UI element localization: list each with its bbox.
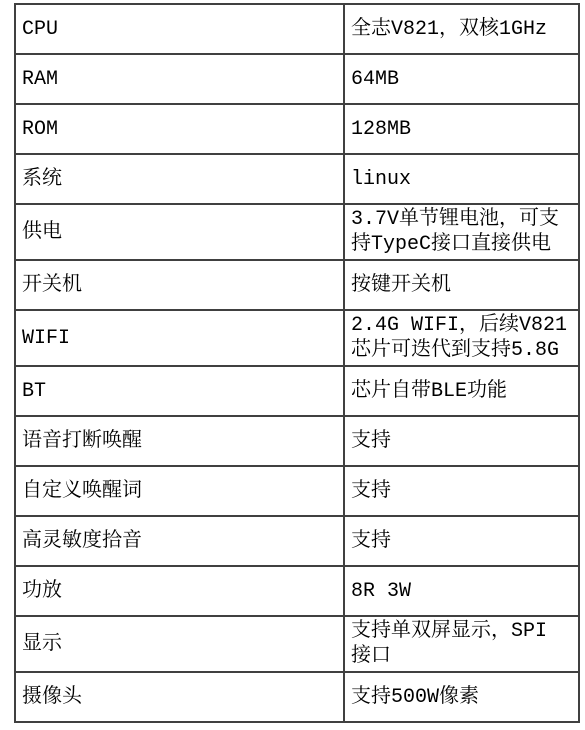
spec-label: 开关机 (15, 260, 344, 310)
spec-label: BT (15, 366, 344, 416)
spec-label: CPU (15, 4, 344, 54)
spec-value: 支持单双屏显示，SPI 接口 (344, 616, 579, 672)
spec-label: 自定义唤醒词 (15, 466, 344, 516)
table-row: 系统linux (15, 154, 579, 204)
spec-value: 8R 3W (344, 566, 579, 616)
spec-table-body: CPU全志V821，双核1GHzRAM64MBROM128MB系统linux供电… (15, 4, 579, 722)
spec-label: 显示 (15, 616, 344, 672)
table-row: 高灵敏度拾音支持 (15, 516, 579, 566)
spec-value: 支持 (344, 516, 579, 566)
spec-value: linux (344, 154, 579, 204)
spec-value: 芯片自带BLE功能 (344, 366, 579, 416)
table-row: 自定义唤醒词支持 (15, 466, 579, 516)
spec-value: 支持500W像素 (344, 672, 579, 722)
table-row: 供电3.7V单节锂电池，可支 持TypeC接口直接供电 (15, 204, 579, 260)
table-row: CPU全志V821，双核1GHz (15, 4, 579, 54)
spec-value: 128MB (344, 104, 579, 154)
table-row: WIFI2.4G WIFI，后续V821 芯片可迭代到支持5.8G (15, 310, 579, 366)
table-row: 语音打断唤醒支持 (15, 416, 579, 466)
table-row: BT芯片自带BLE功能 (15, 366, 579, 416)
spec-value: 支持 (344, 416, 579, 466)
spec-table: CPU全志V821，双核1GHzRAM64MBROM128MB系统linux供电… (14, 3, 580, 723)
spec-value: 3.7V单节锂电池，可支 持TypeC接口直接供电 (344, 204, 579, 260)
table-row: 摄像头支持500W像素 (15, 672, 579, 722)
spec-label: 系统 (15, 154, 344, 204)
table-row: ROM128MB (15, 104, 579, 154)
spec-label: 功放 (15, 566, 344, 616)
spec-label: 高灵敏度拾音 (15, 516, 344, 566)
document-page: CPU全志V821，双核1GHzRAM64MBROM128MB系统linux供电… (0, 0, 585, 730)
spec-value: 64MB (344, 54, 579, 104)
spec-label: RAM (15, 54, 344, 104)
spec-label: ROM (15, 104, 344, 154)
table-row: 开关机按键开关机 (15, 260, 579, 310)
spec-value: 2.4G WIFI，后续V821 芯片可迭代到支持5.8G (344, 310, 579, 366)
spec-value: 全志V821，双核1GHz (344, 4, 579, 54)
table-row: RAM64MB (15, 54, 579, 104)
spec-value: 按键开关机 (344, 260, 579, 310)
table-row: 功放8R 3W (15, 566, 579, 616)
spec-label: WIFI (15, 310, 344, 366)
table-row: 显示支持单双屏显示，SPI 接口 (15, 616, 579, 672)
spec-label: 供电 (15, 204, 344, 260)
spec-label: 摄像头 (15, 672, 344, 722)
spec-value: 支持 (344, 466, 579, 516)
spec-label: 语音打断唤醒 (15, 416, 344, 466)
